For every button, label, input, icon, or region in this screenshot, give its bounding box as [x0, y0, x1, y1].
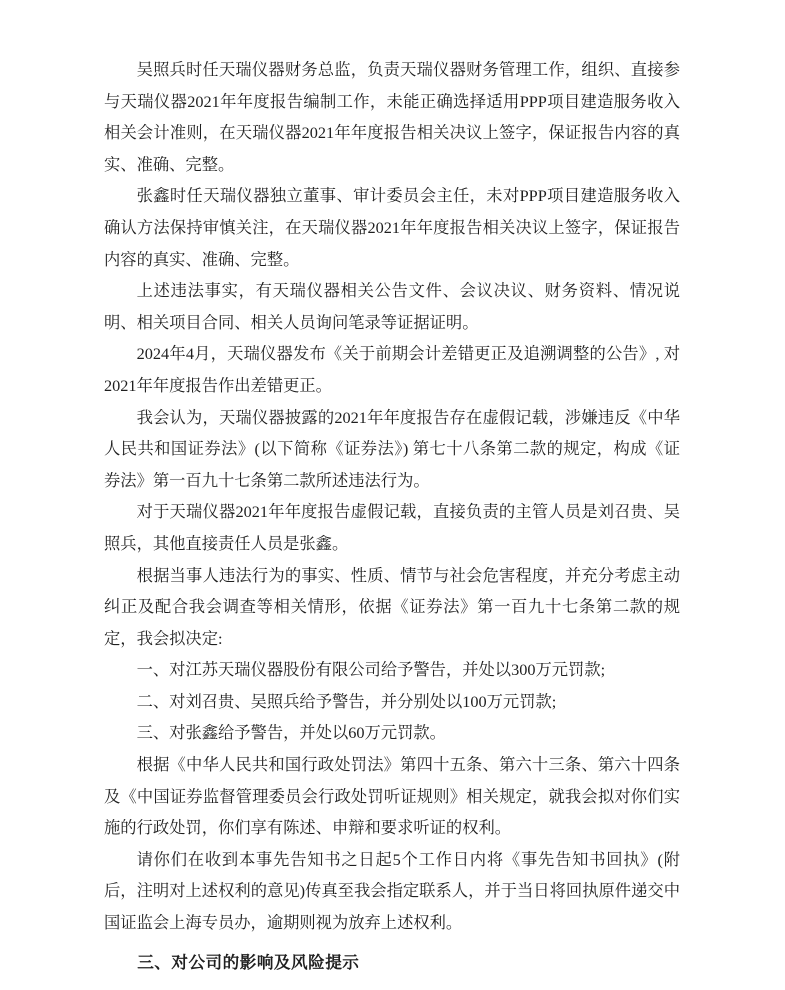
document-page: 吴照兵时任天瑞仪器财务总监，负责天瑞仪器财务管理工作，组织、直接参与天瑞仪器20… [0, 0, 785, 990]
body-paragraph: 请你们在收到本事先告知书之日起5个工作日内将《事先告知书回执》(附后，注明对上述… [104, 844, 680, 939]
body-paragraph: 吴照兵时任天瑞仪器财务总监，负责天瑞仪器财务管理工作，组织、直接参与天瑞仪器20… [104, 54, 680, 180]
body-paragraph: 我会认为，天瑞仪器披露的2021年年度报告存在虚假记载，涉嫌违反《中华人民共和国… [104, 402, 680, 497]
body-paragraph: 2024年4月，天瑞仪器发布《关于前期会计差错更正及追溯调整的公告》, 对202… [104, 338, 680, 401]
document-body: 吴照兵时任天瑞仪器财务总监，负责天瑞仪器财务管理工作，组织、直接参与天瑞仪器20… [104, 54, 680, 978]
body-paragraph: 二、对刘召贵、吴照兵给予警告，并分别处以100万元罚款; [104, 686, 680, 718]
body-paragraph: 三、对张鑫给予警告，并处以60万元罚款。 [104, 717, 680, 749]
body-paragraph: 对于天瑞仪器2021年年度报告虚假记载，直接负责的主管人员是刘召贵、吴照兵，其他… [104, 496, 680, 559]
body-paragraph: 一、对江苏天瑞仪器股份有限公司给予警告，并处以300万元罚款; [104, 654, 680, 686]
body-paragraph: 张鑫时任天瑞仪器独立董事、审计委员会主任，未对PPP项目建造服务收入确认方法保持… [104, 180, 680, 275]
body-paragraph: 根据《中华人民共和国行政处罚法》第四十五条、第六十三条、第六十四条及《中国证券监… [104, 749, 680, 844]
body-paragraph: 根据当事人违法行为的事实、性质、情节与社会危害程度，并充分考虑主动纠正及配合我会… [104, 560, 680, 655]
section-heading: 三、对公司的影响及风险提示 [104, 947, 680, 979]
body-paragraph: 上述违法事实，有天瑞仪器相关公告文件、会议决议、财务资料、情况说明、相关项目合同… [104, 275, 680, 338]
